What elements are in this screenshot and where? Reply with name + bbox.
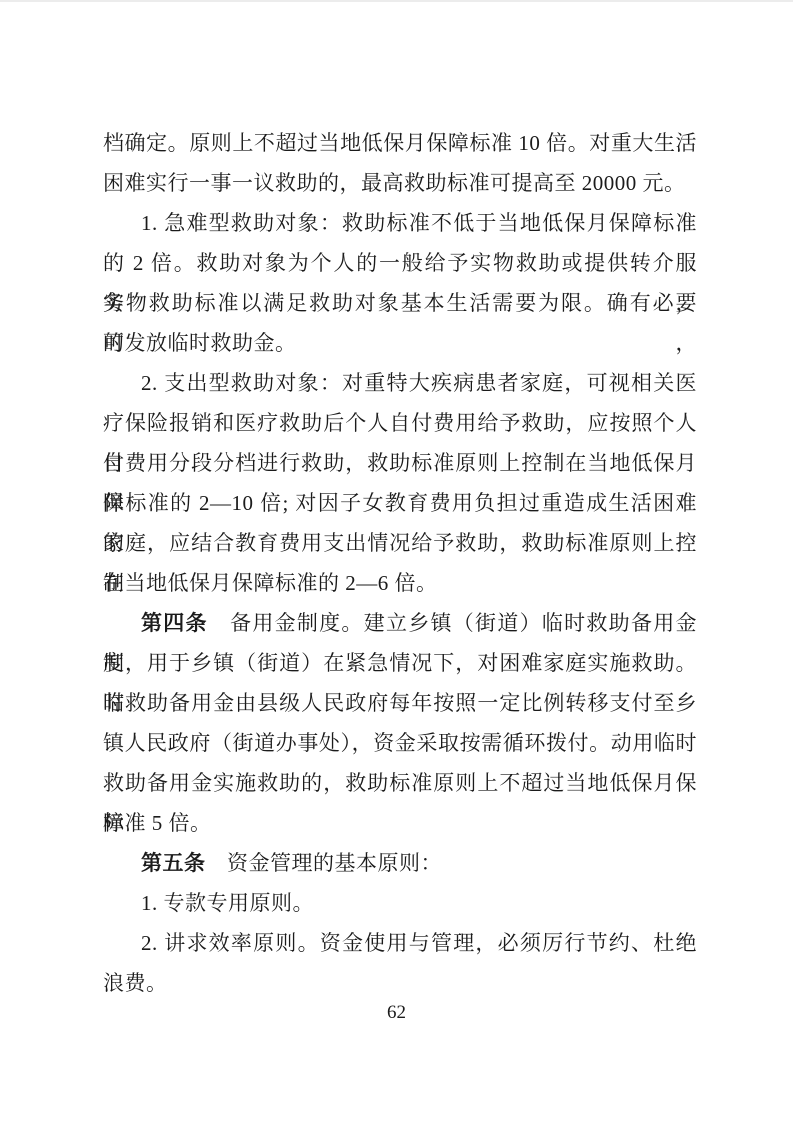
article-number-bold: 第五条 [141,851,206,875]
text-line: 档确定。原则上不超过当地低保月保障标准 10 倍。对重大生活 [103,123,697,163]
text-line: 的 2 倍。救助对象为个人的一般给予实物救助或提供转介服务， [103,243,697,283]
document-text-block: 档确定。原则上不超过当地低保月保障标准 10 倍。对重大生活 困难实行一事一议救… [103,123,697,1003]
text-line: 1. 专款专用原则。 [103,883,697,923]
text-line: 镇人民政府（街道办事处），资金采取按需循环拨付。动用临时 [103,723,697,763]
document-page: 档确定。原则上不超过当地低保月保障标准 10 倍。对重大生活 困难实行一事一议救… [0,0,793,1122]
text-line: 付费用分段分档进行救助，救助标准原则上控制在当地低保月保 [103,443,697,483]
text-line: 疗保险报销和医疗救助后个人自付费用给予救助，应按照个人自 [103,403,697,443]
text-line: 救助备用金实施救助的，救助标准原则上不超过当地低保月保障 [103,763,697,803]
text-line: 度，用于乡镇（街道）在紧急情况下，对困难家庭实施救助。临 [103,643,697,683]
text-line: 第四条 备用金制度。建立乡镇（街道）临时救助备用金制 [103,603,697,643]
text-line: 1. 急难型救助对象：救助标准不低于当地低保月保障标准 [103,203,697,243]
text-line: 浪费。 [103,963,697,1003]
text-line: 第五条 资金管理的基本原则： [103,843,697,883]
text-line: 标准 5 倍。 [103,803,697,843]
text-line: 2. 讲求效率原则。资金使用与管理，必须厉行节约、杜绝 [103,923,697,963]
text-line: 2. 支出型救助对象：对重特大疾病患者家庭，可视相关医 [103,363,697,403]
scan-edge [0,0,793,2]
article-number-bold: 第四条 [141,611,208,635]
text-line: 家庭，应结合教育费用支出情况给予救助，救助标准原则上控制 [103,523,697,563]
text-line: 时救助备用金由县级人民政府每年按照一定比例转移支付至乡 [103,683,697,723]
text-line-body: 资金管理的基本原则： [206,851,443,875]
text-line: 困难实行一事一议救助的，最高救助标准可提高至 20000 元。 [103,163,697,203]
text-line: 障标准的 2—10 倍; 对因子女教育费用负担过重造成生活困难的 [103,483,697,523]
page-number: 62 [0,1000,793,1026]
text-line: 在当地低保月保障标准的 2—6 倍。 [103,563,697,603]
text-line: 实物救助标准以满足救助对象基本生活需要为限。确有必要的， [103,283,697,323]
